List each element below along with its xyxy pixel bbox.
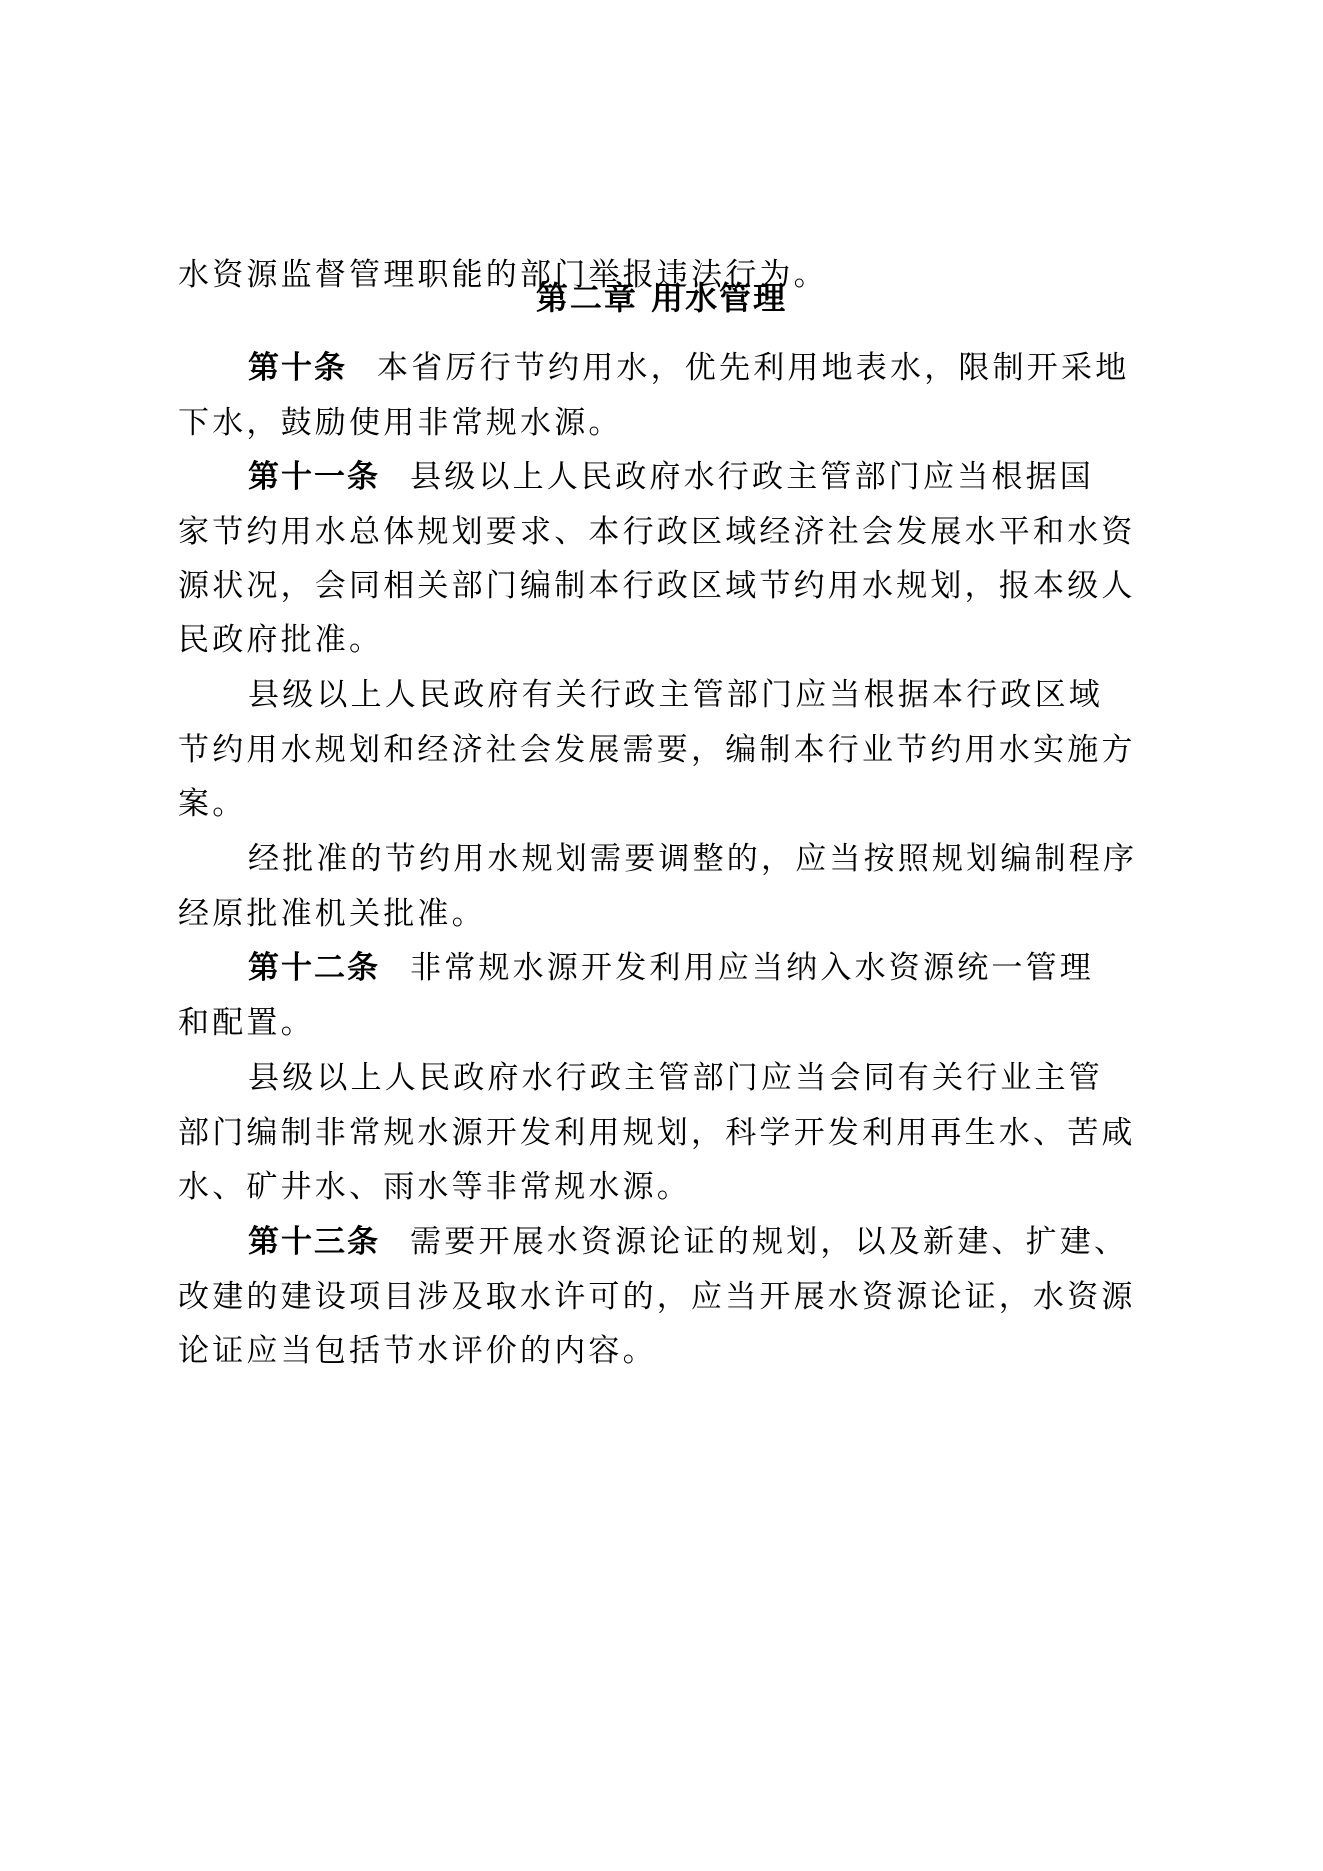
article-11-line-3: 源状况，会同相关部门编制本行政区域节约用水规划，报本级人 — [178, 566, 1168, 606]
article-10-line-1: 第十条本省厉行节约用水，优先利用地表水，限制开采地 — [248, 348, 1168, 388]
article-10-line-2: 下水，鼓励使用非常规水源。 — [178, 403, 1168, 443]
article-11-para2-line-3: 案。 — [178, 784, 1168, 824]
article-11-line-2: 家节约用水总体规划要求、本行政区域经济社会发展水平和水资 — [178, 512, 1168, 552]
article-11-para2-line-2: 节约用水规划和经济社会发展需要，编制本行业节约用水实施方 — [178, 730, 1168, 770]
article-11-para3-line-2: 经原批准机关批准。 — [178, 894, 1168, 934]
article-text: 本省厉行节约用水，优先利用地表水，限制开采地 — [377, 350, 1129, 386]
chapter-heading: 第二章 用水管理 — [0, 278, 1323, 318]
article-text: 需要开展水资源论证的规划，以及新建、扩建、 — [410, 1224, 1128, 1260]
article-label: 第十条 — [248, 350, 347, 386]
article-11-line-4: 民政府批准。 — [178, 620, 1168, 660]
article-13-line-1: 第十三条需要开展水资源论证的规划，以及新建、扩建、 — [248, 1222, 1168, 1262]
article-label: 第十三条 — [248, 1224, 380, 1260]
article-12-para2-line-3: 水、矿井水、雨水等非常规水源。 — [178, 1167, 1168, 1207]
article-12-line-1: 第十二条非常规水源开发利用应当纳入水资源统一管理 — [248, 948, 1168, 988]
article-12-line-2: 和配置。 — [178, 1003, 1168, 1043]
article-text: 非常规水源开发利用应当纳入水资源统一管理 — [410, 950, 1094, 986]
article-13-line-3: 论证应当包括节水评价的内容。 — [178, 1331, 1168, 1371]
article-12-para2-line-2: 部门编制非常规水源开发利用规划，科学开发利用再生水、苦咸 — [178, 1113, 1168, 1153]
article-text: 县级以上人民政府水行政主管部门应当根据国 — [410, 459, 1094, 495]
document-page: 水资源监督管理职能的部门举报违法行为。 第二章 用水管理 第十条本省厉行节约用水… — [0, 0, 1323, 1871]
article-label: 第十二条 — [248, 950, 380, 986]
article-11-para2-line-1: 县级以上人民政府有关行政主管部门应当根据本行政区域 — [248, 675, 1168, 715]
article-11-para3-line-1: 经批准的节约用水规划需要调整的，应当按照规划编制程序 — [248, 839, 1168, 879]
article-12-para2-line-1: 县级以上人民政府水行政主管部门应当会同有关行业主管 — [248, 1058, 1168, 1098]
article-label: 第十一条 — [248, 459, 380, 495]
article-13-line-2: 改建的建设项目涉及取水许可的，应当开展水资源论证，水资源 — [178, 1277, 1168, 1317]
article-11-line-1: 第十一条县级以上人民政府水行政主管部门应当根据国 — [248, 457, 1168, 497]
